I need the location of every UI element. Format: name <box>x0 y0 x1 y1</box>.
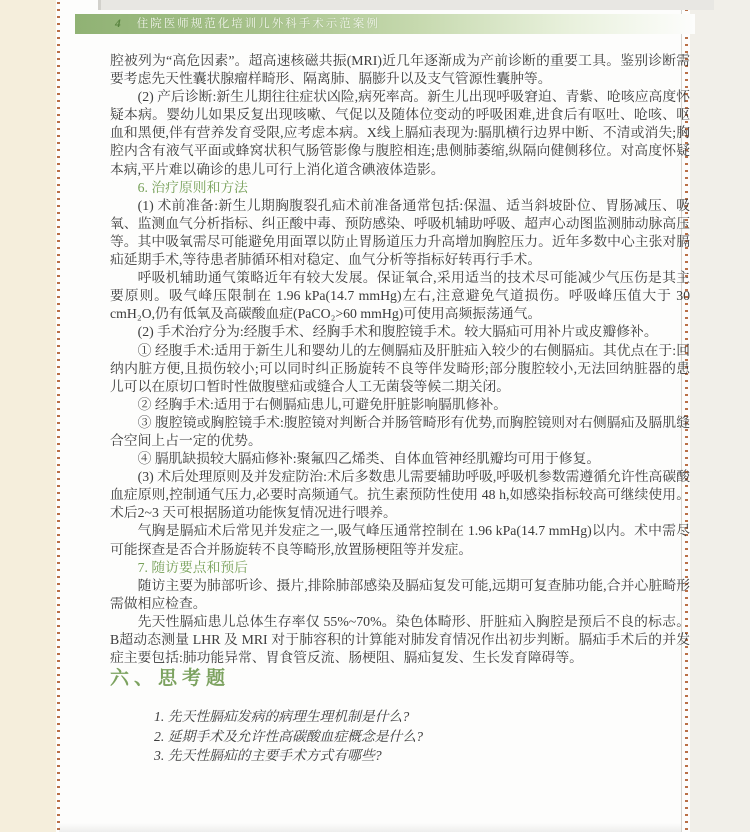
paragraph-postnatal-diagnosis: (2) 产后诊断:新生儿期往往症状凶险,病死率高。新生儿出现呼吸窘迫、青紫、呛咳… <box>110 88 690 178</box>
paragraph-endoscopic-surgery: ③ 腹腔镜或胸腔镜手术:腹腔镜对判断合并肠管畸形有优势,而胸腔镜则对右侧膈疝及膈… <box>110 414 690 450</box>
scan-left-margin <box>0 0 56 832</box>
paragraph-survival-prognosis: 先天性膈疝患儿总体生存率仅 55%~70%。染色体畸形、肝脏疝入胸腔是预后不良的… <box>110 613 690 667</box>
paragraph-surgical-treatment-types: (2) 手术治疗分为:经腹手术、经胸手术和腹腔镜手术。较大膈疝可用补片或皮瓣修补… <box>110 323 690 341</box>
heading-followup-prognosis: 7. 随访要点和预后 <box>110 559 690 577</box>
question-item-2: 2. 延期手术及允许性高碳酸血症概念是什么? <box>154 727 690 747</box>
paragraph-transabdominal-surgery: ① 经腹手术:适用于新生儿和婴幼儿的左侧膈疝及肝脏疝入较少的右侧膈疝。其优点在于… <box>110 342 690 396</box>
paragraph-ventilation-strategy: 呼吸机辅助通气策略近年有较大发展。保证氧合,采用适当的技术尽可能减少气压伤是其主… <box>110 269 690 323</box>
scan-top-strip <box>98 0 714 10</box>
scan-top-strip-notch <box>98 0 101 10</box>
paragraph-postop-management: (3) 术后处理原则及并发症防治:术后多数患儿需要辅助呼吸,呼吸机参数需遵循允许… <box>110 468 690 522</box>
paragraph-transthoracic-surgery: ② 经胸手术:适用于右侧膈疝患儿,可避免肝脏影响膈肌修补。 <box>110 396 690 414</box>
paragraph-pneumothorax-complication: 气胸是膈疝术后常见并发症之一,吸气峰压通常控制在 1.96 kPa(14.7 m… <box>110 522 690 558</box>
paragraph-patch-repair: ④ 膈肌缺损较大膈疝修补:聚氟四乙烯类、自体血管神经肌瓣均可用于修复。 <box>110 450 690 468</box>
paragraph-preop-preparation: (1) 术前准备:新生儿期胸腹裂孔疝术前准备通常包括:保温、适当斜坡卧位、胃肠减… <box>110 197 690 269</box>
binding-dots-left <box>57 2 60 830</box>
book-title: 住院医师规范化培训儿外科手术示范案例 <box>137 14 380 34</box>
scan-bottom-shadow <box>59 823 681 832</box>
chapter-heading-review-questions: 六、思考题 <box>110 667 690 691</box>
paragraph-followup: 随访主要为肺部听诊、摄片,排除肺部感染及膈疝复发可能,远期可复查肺功能,合并心脏… <box>110 577 690 613</box>
heading-treatment-principles: 6. 治疗原则和方法 <box>110 179 690 197</box>
scan-right-margin <box>690 0 750 832</box>
question-item-3: 3. 先天性膈疝的主要手术方式有哪些? <box>154 746 690 766</box>
paragraph-prenatal-diagnosis-continued: 腔被列为“高危因素”。超高速核磁共振(MRI)近几年逐渐成为产前诊断的重要工具。… <box>110 52 690 88</box>
page-number: 4 <box>115 14 123 34</box>
question-list: 1. 先天性膈疝发病的病理生理机制是什么? 2. 延期手术及允许性高碳酸血症概念… <box>154 707 690 766</box>
question-item-1: 1. 先天性膈疝发病的病理生理机制是什么? <box>154 707 690 727</box>
running-header: 4 住院医师规范化培训儿外科手术示范案例 <box>75 14 695 34</box>
page-body: 腔被列为“高危因素”。超高速核磁共振(MRI)近几年逐渐成为产前诊断的重要工具。… <box>110 52 690 766</box>
